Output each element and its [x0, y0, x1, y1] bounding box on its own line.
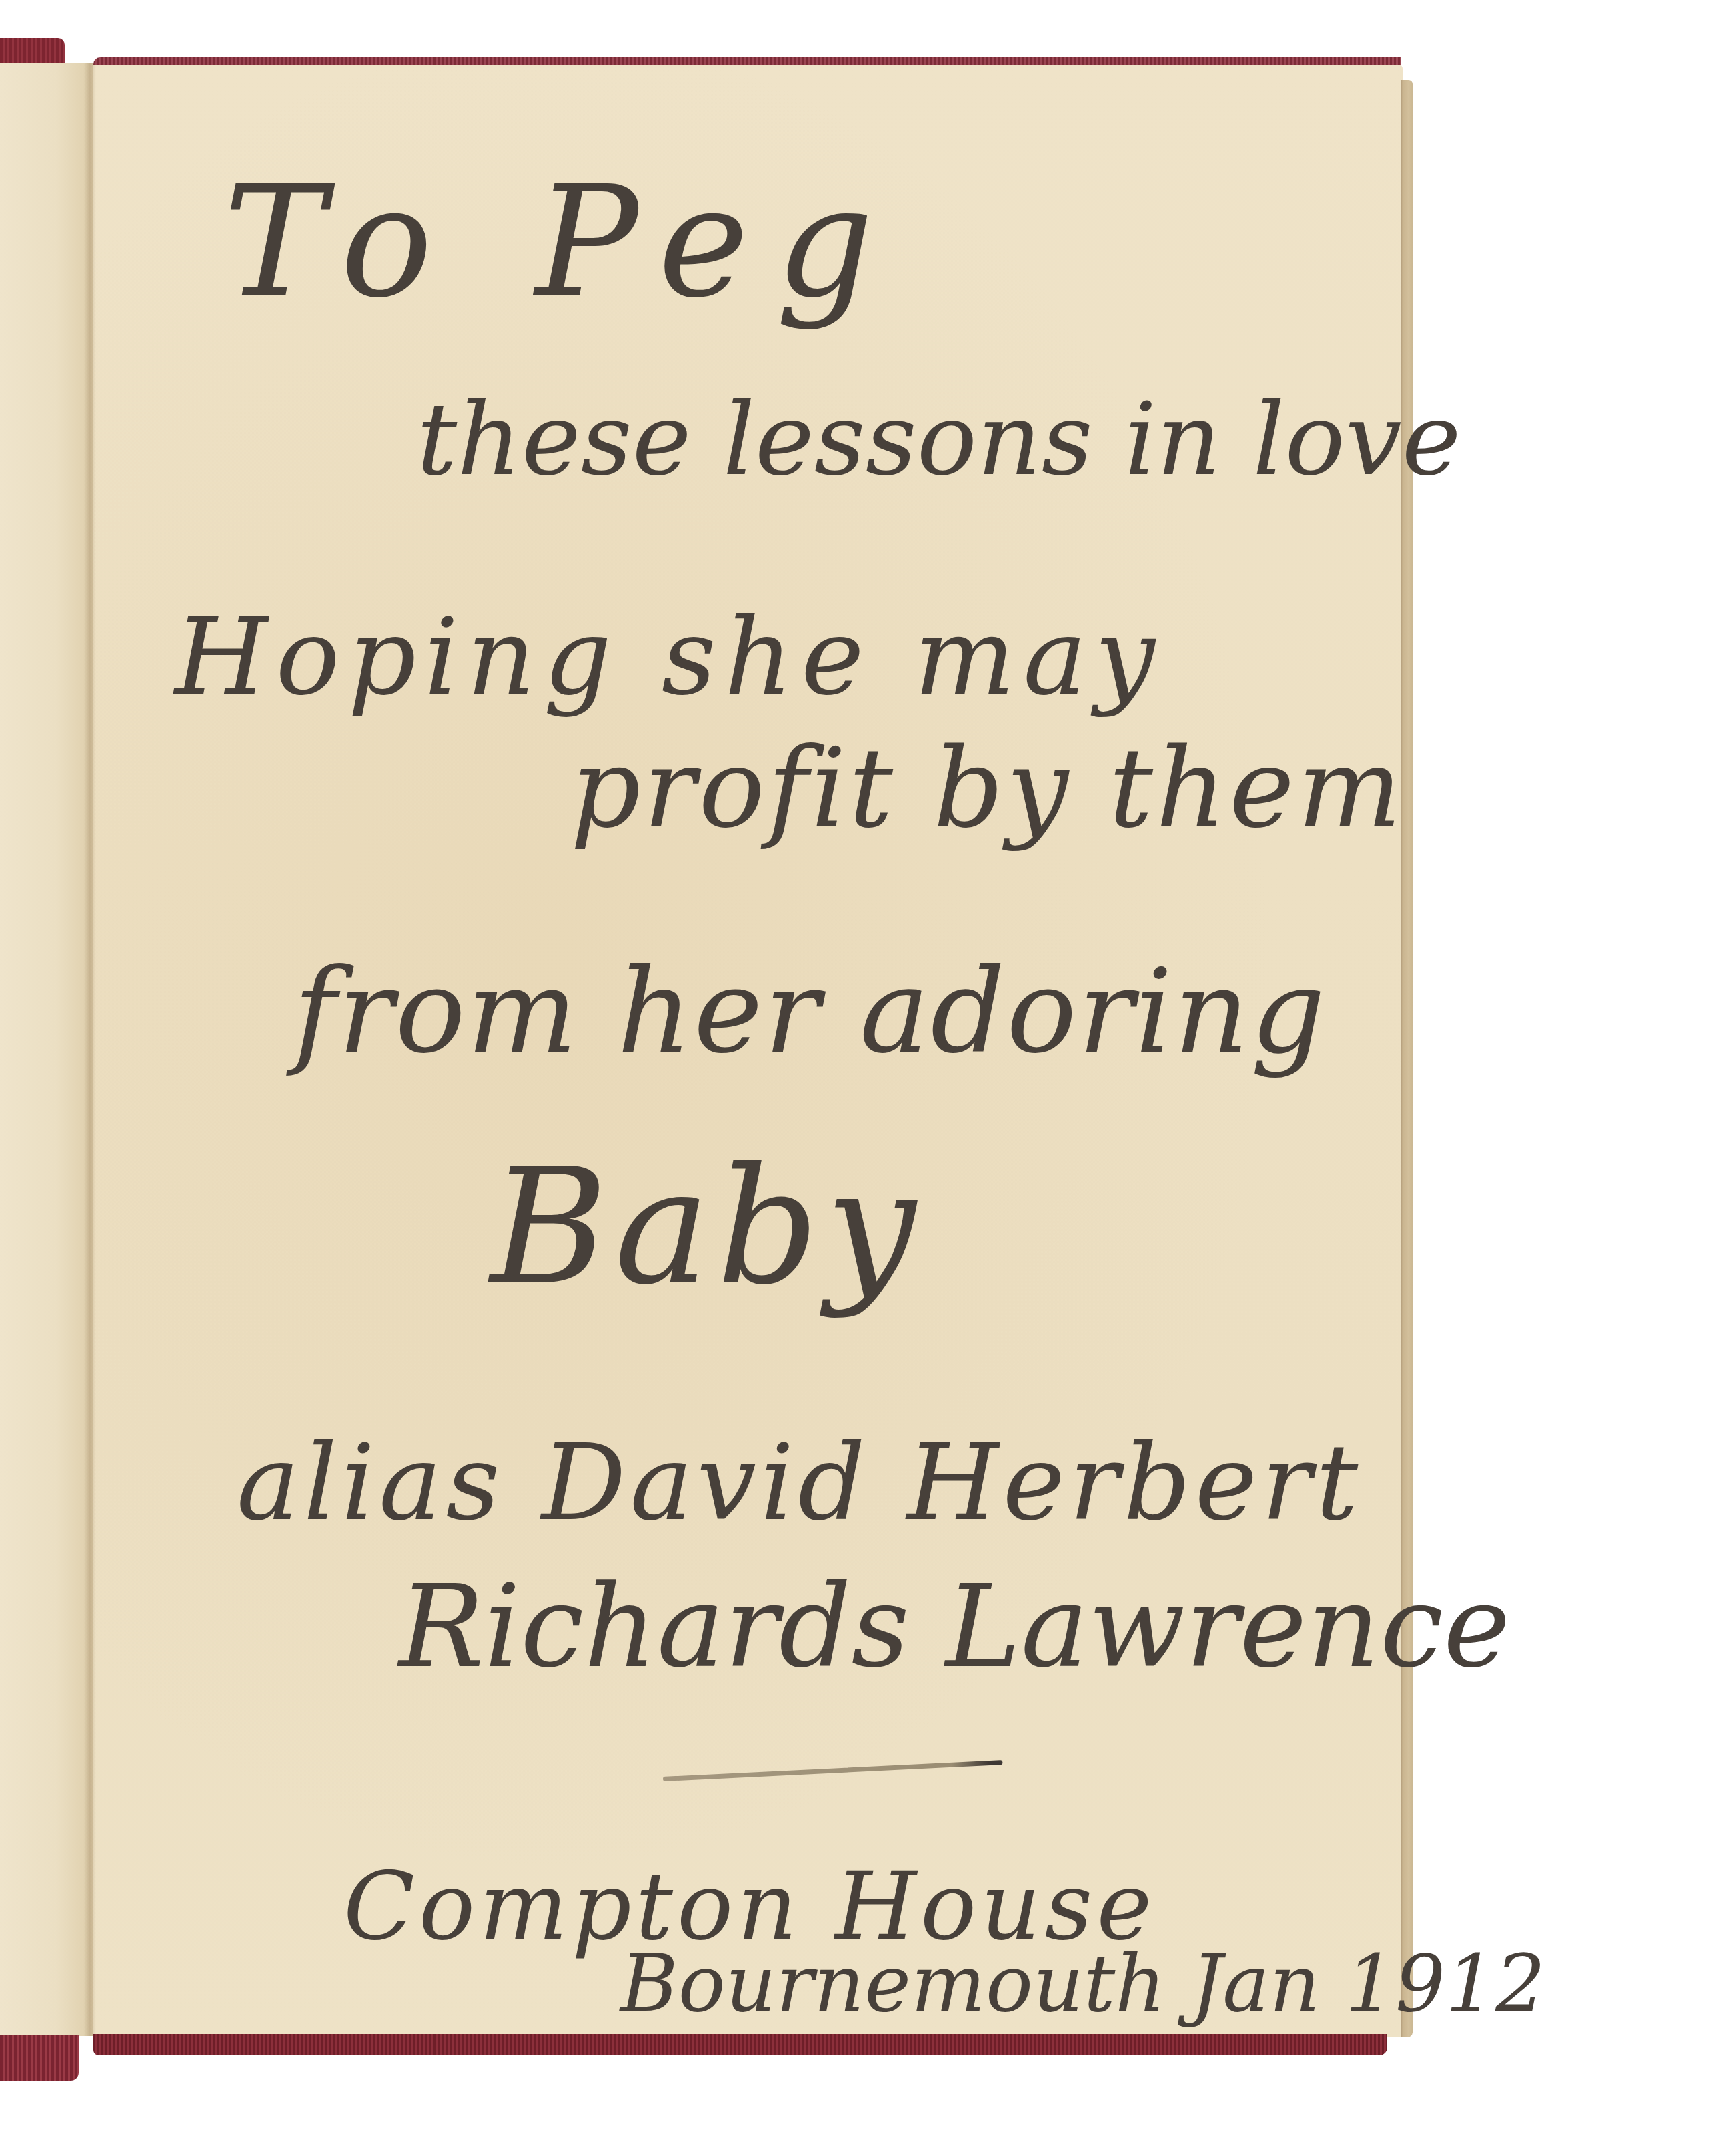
inscription-line-lessons: these lessons in love [417, 390, 1461, 490]
inscription-line-alias: alias David Herbert [237, 1430, 1362, 1536]
left-pastedown-page [0, 63, 93, 2036]
inscription-line-richards-lawrence: Richards Lawrence [399, 1570, 1511, 1684]
inscription-line-profit: profit by them [570, 734, 1404, 844]
inscription-line-to-peg: To Peg [223, 167, 900, 320]
gutter-fold [84, 63, 96, 2036]
inscription-line-baby: Baby [490, 1147, 923, 1307]
book-spine-bottom [0, 2035, 79, 2081]
inscription-line-adoring: from her adoring [293, 954, 1327, 1070]
book-spine-top [0, 38, 65, 65]
inscription-line-bournemouth-date: Bournemouth Jan 1912 [620, 1944, 1545, 2023]
page-fore-edge [1401, 80, 1413, 2037]
cover-board-bottom-edge [93, 2034, 1387, 2055]
inscription-line-hoping: Hoping she may [175, 604, 1163, 710]
